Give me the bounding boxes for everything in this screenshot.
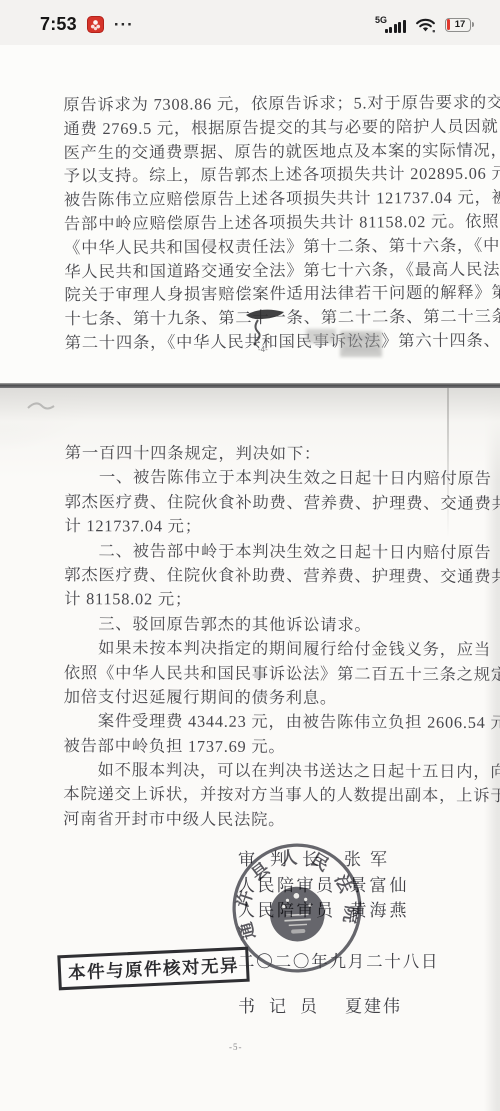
doc-line: 被告陈伟立应赔偿原告上述各项损失共计 121737.04 元，被 bbox=[64, 186, 484, 212]
doc-line: 华人民共和国道路交通安全法》第七十六条，《最高人民法 bbox=[64, 257, 484, 283]
judgment-date: 二〇二〇年九月二十八日 bbox=[238, 948, 439, 972]
page1-text-block: 原告诉求为 7308.86 元，依原告诉求；5.对于原告要求的交 通费 2769… bbox=[63, 91, 485, 355]
recording-app-icon bbox=[87, 16, 104, 33]
doc-line: 医产生的交通费票据、原告的就医地点及本案的实际情况， bbox=[63, 138, 483, 164]
cellular-signal-icon: 5G bbox=[375, 16, 406, 34]
national-emblem-icon bbox=[269, 885, 327, 943]
doc-line: 《中华人民共和国侵权责任法》第十二条、第十六条，《中 bbox=[64, 233, 484, 259]
doc-line: 第一百四十四条规定，判决如下： bbox=[65, 441, 485, 467]
doc-line: 三、驳回原告郭杰的其他诉讼请求。 bbox=[64, 612, 484, 638]
status-bar-left: 7:53 ··· bbox=[40, 14, 134, 35]
doc-line: 被告部中岭负担 1737.69 元。 bbox=[63, 734, 483, 760]
phone-screen: 7:53 ··· 5G 17 bbox=[0, 0, 500, 1111]
signal-bars-icon bbox=[385, 20, 406, 33]
doc-line: 郭杰医疗费、住院伙食补助费、营养费、护理费、交通费共 bbox=[64, 563, 484, 589]
doc-line: 计 81158.02 元； bbox=[64, 587, 484, 613]
doc-line: 如不服本判决，可以在判决书送达之日起十五日内，向 bbox=[63, 758, 483, 784]
doc-line: 二、被告部中岭于本判决生效之日起十日内赔付原告 bbox=[64, 539, 484, 565]
more-dots-icon: ··· bbox=[114, 20, 134, 30]
doc-line: 本院递交上诉状，并按对方当事人的人数提出副本，上诉于 bbox=[63, 783, 483, 809]
doc-line: 加倍支付迟延履行期间的债务利息。 bbox=[64, 685, 484, 711]
doc-line: 河南省开封市中级人民法院。 bbox=[63, 807, 483, 833]
doc-line: 郭杰医疗费、住院伙食补助费、营养费、护理费、交通费共 bbox=[65, 490, 485, 516]
clock: 7:53 bbox=[40, 14, 77, 35]
doc-line: 一、被告陈伟立于本判决生效之日起十日内赔付原告 bbox=[65, 465, 485, 491]
status-bar: 7:53 ··· 5G 17 bbox=[0, 0, 500, 45]
clerk-line: 书记员 夏建伟 bbox=[238, 992, 402, 1017]
wifi-icon bbox=[415, 17, 436, 33]
status-bar-right: 5G 17 bbox=[375, 16, 474, 34]
document-photo-page-1[interactable]: 原告诉求为 7308.86 元，依原告诉求；5.对于原告要求的交 通费 2769… bbox=[0, 45, 500, 383]
doc-line: 十七条、第十九条、第二十一条、第二十二条、第二十三条、 bbox=[65, 305, 485, 331]
page2-text-block: 第一百四十四条规定，判决如下： 一、被告陈伟立于本判决生效之日起十日内赔付原告 … bbox=[63, 441, 485, 833]
doc-line: 案件受理费 4344.23 元，由被告陈伟立负担 2606.54 元， bbox=[64, 709, 484, 735]
doc-line: 依照《中华人民共和国民事诉讼法》第二百五十三条之规定， bbox=[64, 661, 484, 687]
doc-line: 予以支持。综上，原告郭杰上述各项损失共计 202895.06 元， bbox=[64, 162, 484, 188]
doc-line: 原告诉求为 7308.86 元，依原告诉求；5.对于原告要求的交 bbox=[63, 91, 483, 117]
doc-line: 如果未按本判决指定的期间履行给付金钱义务，应当 bbox=[64, 636, 484, 662]
doc-line: 通费 2769.5 元，根据原告提交的其与必要的陪护人员因就 bbox=[63, 115, 483, 141]
page-number: -5- bbox=[229, 1042, 243, 1052]
corner-pen-mark bbox=[24, 396, 74, 418]
doc-line: 院关于审理人身损害赔偿案件适用法律若干问题的解释》第 bbox=[64, 281, 484, 307]
doc-line: 计 121737.04 元； bbox=[64, 514, 484, 540]
battery-icon: 17 bbox=[445, 18, 474, 32]
battery-percent: 17 bbox=[450, 19, 470, 30]
doc-line: 告部中岭应赔偿原告上述各项损失共计 81158.02 元。依照 bbox=[64, 210, 484, 236]
doc-line: 第二十四条，《中华人民共和国民事诉讼法》第六十四条、 bbox=[65, 329, 485, 355]
clerk-role: 书记员 bbox=[238, 992, 331, 1017]
clerk-name: 夏建伟 bbox=[345, 992, 402, 1017]
